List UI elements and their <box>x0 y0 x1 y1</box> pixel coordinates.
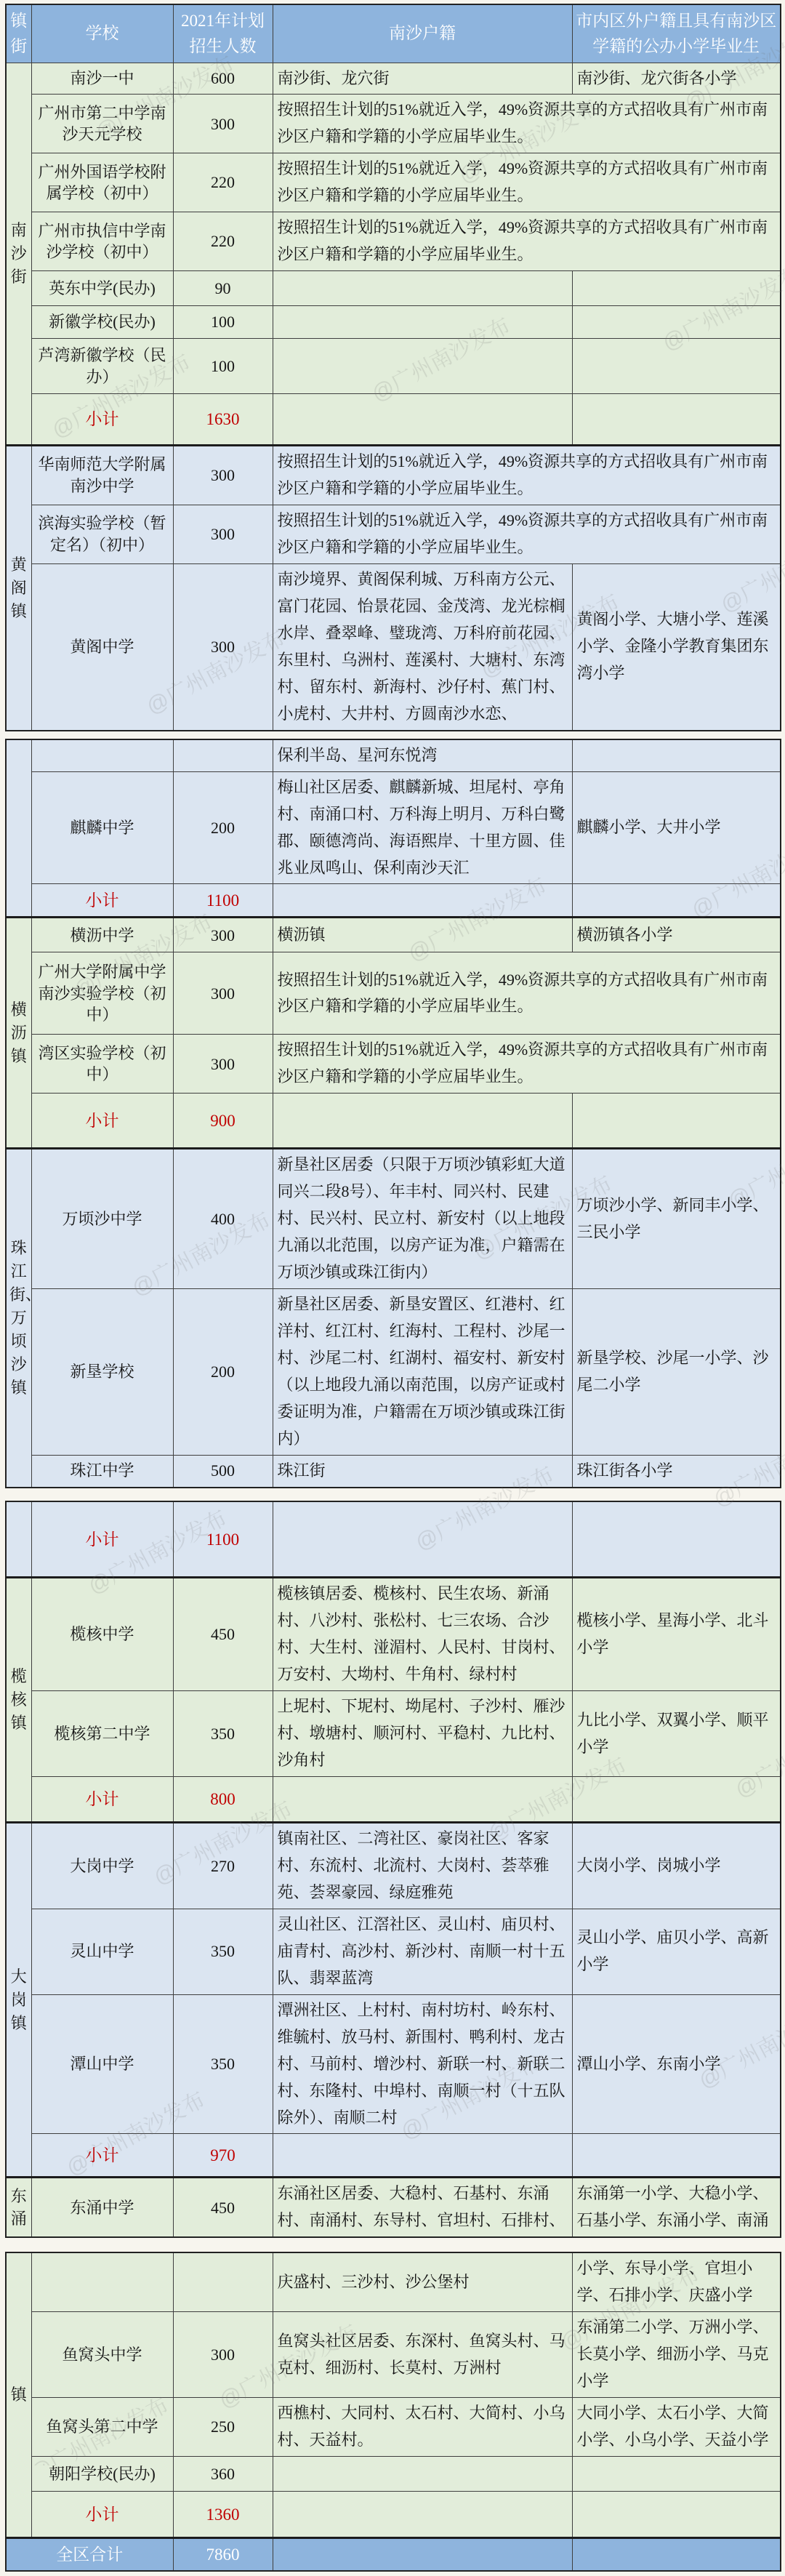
subtotal-label: 小计 <box>31 884 173 918</box>
enrollment-count <box>173 739 273 771</box>
catchment-area <box>273 1501 572 1578</box>
table-row: 广州市执信中学南沙学校（初中）220按照招生计划的51%就近入学，49%资源共享… <box>6 212 781 271</box>
school-name: 麒麟中学 <box>31 771 173 884</box>
catchment-area <box>273 2538 572 2571</box>
header-row: 镇街学校2021年计划招生人数南沙户籍市内区外户籍且具有南沙区学籍的公办小学毕业… <box>6 4 781 63</box>
enrollment-count: 300 <box>173 2312 273 2398</box>
admission-policy: 按照招生计划的51%就近入学，49%资源共享的方式招收具有广州市南沙区户籍和学籍… <box>273 153 781 212</box>
table-row: 滨海实验学校（暂定名）（初中）300按照招生计划的51%就近入学，49%资源共享… <box>6 505 781 564</box>
table-row: 榄核第二中学350上坭村、下坭村、坳尾村、子沙村、雁沙村、墩塘村、顺河村、平稳村… <box>6 1691 781 1777</box>
eligible-primary-schools: 大同小学、太石小学、大简小学、小乌小学、天益小学 <box>572 2398 781 2457</box>
group-label: 黄阁镇 <box>6 446 31 731</box>
table-row: 南沙街南沙一中600南沙街、龙穴街南沙街、龙穴街各小学 <box>6 63 781 95</box>
table-row: 镇庆盛村、三沙村、沙公堡村小学、东导小学、官坦小学、石排小学、庆盛小学 <box>6 2252 781 2311</box>
school-name: 新垦学校 <box>31 1289 173 1456</box>
catchment-area: 横沥镇 <box>273 918 572 952</box>
school-name: 广州市执信中学南沙学校（初中） <box>31 212 173 271</box>
subtotal-value: 1100 <box>173 884 273 918</box>
enrollment-count: 300 <box>173 95 273 153</box>
group-label: 榄核镇 <box>6 1578 31 1823</box>
enrollment-count: 300 <box>173 563 273 730</box>
group-label: 东涌 <box>6 2178 31 2237</box>
enrollment-count: 100 <box>173 339 273 394</box>
school-name: 东涌中学 <box>31 2178 173 2237</box>
group-label: 镇 <box>6 2252 31 2537</box>
catchment-area: 南沙街、龙穴街 <box>273 63 572 95</box>
school-name <box>31 739 173 771</box>
subtotal-row: 小计1630 <box>6 394 781 446</box>
eligible-primary-schools <box>572 2538 781 2571</box>
table-row: 黄阁镇华南师范大学附属南沙中学300按照招生计划的51%就近入学，49%资源共享… <box>6 446 781 505</box>
enrollment-count: 600 <box>173 63 273 95</box>
eligible-primary-schools <box>572 2457 781 2492</box>
eligible-primary-schools <box>572 1094 781 1149</box>
enrollment-count: 400 <box>173 1149 273 1289</box>
eligible-primary-schools: 南沙街、龙穴街各小学 <box>572 63 781 95</box>
enrollment-count: 90 <box>173 271 273 306</box>
eligible-primary-schools: 大岗小学、岗城小学 <box>572 1822 781 1909</box>
group-label: 珠江街、万顷沙镇 <box>6 1149 31 1488</box>
school-name: 广州外国语学校附属学校（初中） <box>31 153 173 212</box>
catchment-area <box>273 394 572 446</box>
subtotal-value: 1100 <box>173 1501 273 1578</box>
enrollment-count: 350 <box>173 1691 273 1777</box>
catchment-area <box>273 1776 572 1822</box>
group-label: 横沥镇 <box>6 918 31 1149</box>
school-name: 广州市第二中学南沙天元学校 <box>31 95 173 153</box>
school-name: 滨海实验学校（暂定名）（初中） <box>31 505 173 564</box>
eligible-primary-schools: 东涌第一小学、大稳小学、石基小学、东涌小学、南涌 <box>572 2178 781 2237</box>
enrollment-count: 450 <box>173 1578 273 1691</box>
enrollment-count: 200 <box>173 771 273 884</box>
admission-policy: 按照招生计划的51%就近入学，49%资源共享的方式招收具有广州市南沙区户籍和学籍… <box>273 505 781 564</box>
grand-total-value: 7860 <box>173 2538 273 2571</box>
subtotal-value: 800 <box>173 1776 273 1822</box>
table-row: 榄核镇榄核中学450榄核镇居委、榄核村、民生农场、新涌村、八沙村、张松村、七三农… <box>6 1578 781 1691</box>
table-row: 新垦学校200新垦社区居委、新垦安置区、红港村、红洋村、红江村、红海村、工程村、… <box>6 1289 781 1456</box>
catchment-area: 西樵村、大同村、太石村、大简村、小乌村、天益村。 <box>273 2398 572 2457</box>
enrollment-count: 360 <box>173 2457 273 2492</box>
subtotal-label: 小计 <box>31 1501 173 1578</box>
eligible-primary-schools: 小学、东导小学、官坦小学、石排小学、庆盛小学 <box>572 2252 781 2311</box>
group-label <box>6 1501 31 1578</box>
catchment-area: 新垦社区居委（只限于万顷沙镇彩虹大道同兴二段8号）、年丰村、同兴村、民建村、民兴… <box>273 1149 572 1289</box>
enrollment-count: 100 <box>173 306 273 339</box>
eligible-primary-schools <box>572 306 781 339</box>
header-town: 镇街 <box>6 4 31 63</box>
school-name: 湾区实验学校（初中） <box>31 1035 173 1094</box>
table-row: 芦湾新徽学校（民办）100 <box>6 339 781 394</box>
enrollment-table-container: 镇街学校2021年计划招生人数南沙户籍市内区外户籍且具有南沙区学籍的公办小学毕业… <box>0 0 785 2576</box>
enrollment-count: 300 <box>173 952 273 1035</box>
admission-policy: 按照招生计划的51%就近入学，49%资源共享的方式招收具有广州市南沙区户籍和学籍… <box>273 952 781 1035</box>
catchment-area: 上坭村、下坭村、坳尾村、子沙村、雁沙村、墩塘村、顺河村、平稳村、九比村、沙角村 <box>273 1691 572 1777</box>
subtotal-row: 小计1360 <box>6 2492 781 2538</box>
subtotal-value: 900 <box>173 1094 273 1149</box>
school-name: 珠江中学 <box>31 1455 173 1487</box>
admission-policy: 按照招生计划的51%就近入学，49%资源共享的方式招收具有广州市南沙区户籍和学籍… <box>273 212 781 271</box>
catchment-area: 鱼窝头社区居委、东深村、鱼窝头村、马克村、细沥村、长莫村、万洲村 <box>273 2312 572 2398</box>
group-label <box>6 739 31 918</box>
school-name: 潭山中学 <box>31 1994 173 2134</box>
subtotal-label: 小计 <box>31 394 173 446</box>
eligible-primary-schools: 黄阁小学、大塘小学、莲溪小学、金隆小学教育集团东湾小学 <box>572 563 781 730</box>
table-row: 横沥镇横沥中学300横沥镇横沥镇各小学 <box>6 918 781 952</box>
catchment-area <box>273 2134 572 2178</box>
eligible-primary-schools: 九比小学、双翼小学、顺平小学 <box>572 1691 781 1777</box>
eligible-primary-schools <box>572 394 781 446</box>
eligible-primary-schools: 东涌第二小学、万洲小学、长莫小学、细沥小学、马克小学 <box>572 2312 781 2398</box>
catchment-area <box>273 2457 572 2492</box>
catchment-area <box>273 884 572 918</box>
enrollment-count <box>173 2252 273 2311</box>
subtotal-row: 小计900 <box>6 1094 781 1149</box>
subtotal-row: 小计970 <box>6 2134 781 2178</box>
eligible-primary-schools <box>572 739 781 771</box>
table-row: 英东中学(民办)90 <box>6 271 781 306</box>
enrollment-count: 500 <box>173 1455 273 1487</box>
school-name: 鱼窝头中学 <box>31 2312 173 2398</box>
school-name: 横沥中学 <box>31 918 173 952</box>
school-name: 新徽学校(民办) <box>31 306 173 339</box>
table-row: 大岗镇大岗中学270镇南社区、二湾社区、豪岗社区、客家村、东流村、北流村、大岗村… <box>6 1822 781 1909</box>
catchment-area: 庆盛村、三沙村、沙公堡村 <box>273 2252 572 2311</box>
eligible-primary-schools: 榄核小学、星海小学、北斗小学 <box>572 1578 781 1691</box>
eligible-primary-schools <box>572 2492 781 2538</box>
enrollment-count: 300 <box>173 1035 273 1094</box>
catchment-area <box>273 339 572 394</box>
table-row: 珠江中学500珠江街珠江街各小学 <box>6 1455 781 1487</box>
table-row: 麒麟中学200梅山社区居委、麒麟新城、坦尾村、亭角村、南涌口村、万科海上明月、万… <box>6 771 781 884</box>
enrollment-count: 200 <box>173 1289 273 1456</box>
subtotal-label: 小计 <box>31 2134 173 2178</box>
subtotal-value: 970 <box>173 2134 273 2178</box>
catchment-area <box>273 306 572 339</box>
subtotal-value: 1630 <box>173 394 273 446</box>
table-row: 鱼窝头第二中学250西樵村、大同村、太石村、大简村、小乌村、天益村。大同小学、太… <box>6 2398 781 2457</box>
table-row: 潭山中学350潭洲社区、上村村、南村坊村、岭东村、维毓村、放马村、新围村、鸭利村… <box>6 1994 781 2134</box>
header-nansha-hukou: 南沙户籍 <box>273 4 572 63</box>
table-segment: 镇庆盛村、三沙村、沙公堡村小学、东导小学、官坦小学、石排小学、庆盛小学鱼窝头中学… <box>5 2252 781 2571</box>
subtotal-value: 1360 <box>173 2492 273 2538</box>
group-label: 大岗镇 <box>6 1822 31 2177</box>
eligible-primary-schools: 麒麟小学、大井小学 <box>572 771 781 884</box>
eligible-primary-schools <box>572 884 781 918</box>
enrollment-count: 250 <box>173 2398 273 2457</box>
subtotal-row: 小计800 <box>6 1776 781 1822</box>
table-row: 新徽学校(民办)100 <box>6 306 781 339</box>
enrollment-count: 220 <box>173 212 273 271</box>
eligible-primary-schools <box>572 2134 781 2178</box>
school-name: 大岗中学 <box>31 1822 173 1909</box>
school-name: 华南师范大学附属南沙中学 <box>31 446 173 505</box>
subtotal-row: 小计1100 <box>6 1501 781 1578</box>
eligible-primary-schools: 万顷沙小学、新同丰小学、三民小学 <box>572 1149 781 1289</box>
school-name: 黄阁中学 <box>31 563 173 730</box>
catchment-area: 潭洲社区、上村村、南村坊村、岭东村、维毓村、放马村、新围村、鸭利村、龙古村、马前… <box>273 1994 572 2134</box>
table-segment: 小计1100榄核镇榄核中学450榄核镇居委、榄核村、民生农场、新涌村、八沙村、张… <box>5 1501 781 2239</box>
school-name: 榄核第二中学 <box>31 1691 173 1777</box>
enrollment-count: 350 <box>173 1909 273 1994</box>
table-row: 广州大学附属中学南沙实验学校（初中）300按照招生计划的51%就近入学，49%资… <box>6 952 781 1035</box>
eligible-primary-schools: 珠江街各小学 <box>572 1455 781 1487</box>
eligible-primary-schools <box>572 339 781 394</box>
eligible-primary-schools <box>572 1501 781 1578</box>
group-label: 南沙街 <box>6 63 31 446</box>
table-row: 鱼窝头中学300鱼窝头社区居委、东深村、鱼窝头村、马克村、细沥村、长莫村、万洲村… <box>6 2312 781 2398</box>
table-row: 东涌东涌中学450东涌社区居委、大稳村、石基村、东涌村、南涌村、东导村、官坦村、… <box>6 2178 781 2237</box>
enrollment-count: 450 <box>173 2178 273 2237</box>
eligible-primary-schools: 潭山小学、东南小学 <box>572 1994 781 2134</box>
table-row: 灵山中学350灵山社区、江滘社区、灵山村、庙贝村、庙青村、高沙村、新沙村、南顺一… <box>6 1909 781 1994</box>
school-name <box>31 2252 173 2311</box>
grand-total-label: 全区合计 <box>6 2538 173 2571</box>
catchment-area: 灵山社区、江滘社区、灵山村、庙贝村、庙青村、高沙村、新沙村、南顺一村十五队、翡翠… <box>273 1909 572 1994</box>
school-name: 鱼窝头第二中学 <box>31 2398 173 2457</box>
table-row: 湾区实验学校（初中）300按照招生计划的51%就近入学，49%资源共享的方式招收… <box>6 1035 781 1094</box>
school-name: 南沙一中 <box>31 63 173 95</box>
eligible-primary-schools: 横沥镇各小学 <box>572 918 781 952</box>
enrollment-count: 300 <box>173 505 273 564</box>
catchment-area: 榄核镇居委、榄核村、民生农场、新涌村、八沙村、张松村、七三农场、合沙村、大生村、… <box>273 1578 572 1691</box>
admission-policy: 按照招生计划的51%就近入学，49%资源共享的方式招收具有广州市南沙区户籍和学籍… <box>273 1035 781 1094</box>
enrollment-count: 220 <box>173 153 273 212</box>
school-name: 榄核中学 <box>31 1578 173 1691</box>
header-out-district-grads: 市内区外户籍且具有南沙区学籍的公办小学毕业生 <box>572 4 781 63</box>
table-row: 珠江街、万顷沙镇万顷沙中学400新垦社区居委（只限于万顷沙镇彩虹大道同兴二段8号… <box>6 1149 781 1289</box>
enrollment-count: 300 <box>173 446 273 505</box>
table-segment: 保利半岛、星河东悦湾麒麟中学200梅山社区居委、麒麟新城、坦尾村、亭角村、南涌口… <box>5 739 781 1488</box>
enrollment-count: 270 <box>173 1822 273 1909</box>
enrollment-count: 350 <box>173 1994 273 2134</box>
table-segment: 镇街学校2021年计划招生人数南沙户籍市内区外户籍且具有南沙区学籍的公办小学毕业… <box>5 4 781 731</box>
header-plan-count: 2021年计划招生人数 <box>173 4 273 63</box>
subtotal-label: 小计 <box>31 1094 173 1149</box>
table-row: 朝阳学校(民办)360 <box>6 2457 781 2492</box>
subtotal-row: 小计1100 <box>6 884 781 918</box>
catchment-area: 珠江街 <box>273 1455 572 1487</box>
table-row: 黄阁中学300南沙境界、黄阁保利城、万科南方公元、富门花园、怡景花园、金茂湾、龙… <box>6 563 781 730</box>
table-row: 广州市第二中学南沙天元学校300按照招生计划的51%就近入学，49%资源共享的方… <box>6 95 781 153</box>
subtotal-label: 小计 <box>31 2492 173 2538</box>
header-school: 学校 <box>31 4 173 63</box>
catchment-area <box>273 1094 572 1149</box>
catchment-area: 东涌社区居委、大稳村、石基村、东涌村、南涌村、东导村、官坦村、石排村、 <box>273 2178 572 2237</box>
catchment-area <box>273 271 572 306</box>
admission-policy: 按照招生计划的51%就近入学，49%资源共享的方式招收具有广州市南沙区户籍和学籍… <box>273 446 781 505</box>
eligible-primary-schools: 灵山小学、庙贝小学、高新小学 <box>572 1909 781 1994</box>
eligible-primary-schools <box>572 271 781 306</box>
catchment-area: 南沙境界、黄阁保利城、万科南方公元、富门花园、怡景花园、金茂湾、龙光棕榈水岸、叠… <box>273 563 572 730</box>
catchment-area: 新垦社区居委、新垦安置区、红港村、红洋村、红江村、红海村、工程村、沙尾一村、沙尾… <box>273 1289 572 1456</box>
admission-policy: 按照招生计划的51%就近入学，49%资源共享的方式招收具有广州市南沙区户籍和学籍… <box>273 95 781 153</box>
school-name: 灵山中学 <box>31 1909 173 1994</box>
subtotal-label: 小计 <box>31 1776 173 1822</box>
eligible-primary-schools <box>572 1776 781 1822</box>
school-name: 万顷沙中学 <box>31 1149 173 1289</box>
enrollment-count: 300 <box>173 918 273 952</box>
school-name: 芦湾新徽学校（民办） <box>31 339 173 394</box>
catchment-area: 镇南社区、二湾社区、豪岗社区、客家村、东流村、北流村、大岗村、荟萃雅苑、荟翠豪园… <box>273 1822 572 1909</box>
school-name: 广州大学附属中学南沙实验学校（初中） <box>31 952 173 1035</box>
table-row: 广州外国语学校附属学校（初中）220按照招生计划的51%就近入学，49%资源共享… <box>6 153 781 212</box>
table-row: 保利半岛、星河东悦湾 <box>6 739 781 771</box>
catchment-area: 梅山社区居委、麒麟新城、坦尾村、亭角村、南涌口村、万科海上明月、万科白鹭郡、颐德… <box>273 771 572 884</box>
grand-total-row: 全区合计7860 <box>6 2538 781 2571</box>
school-name: 英东中学(民办) <box>31 271 173 306</box>
eligible-primary-schools: 新垦学校、沙尾一小学、沙尾二小学 <box>572 1289 781 1456</box>
catchment-area: 保利半岛、星河东悦湾 <box>273 739 572 771</box>
catchment-area <box>273 2492 572 2538</box>
school-name: 朝阳学校(民办) <box>31 2457 173 2492</box>
